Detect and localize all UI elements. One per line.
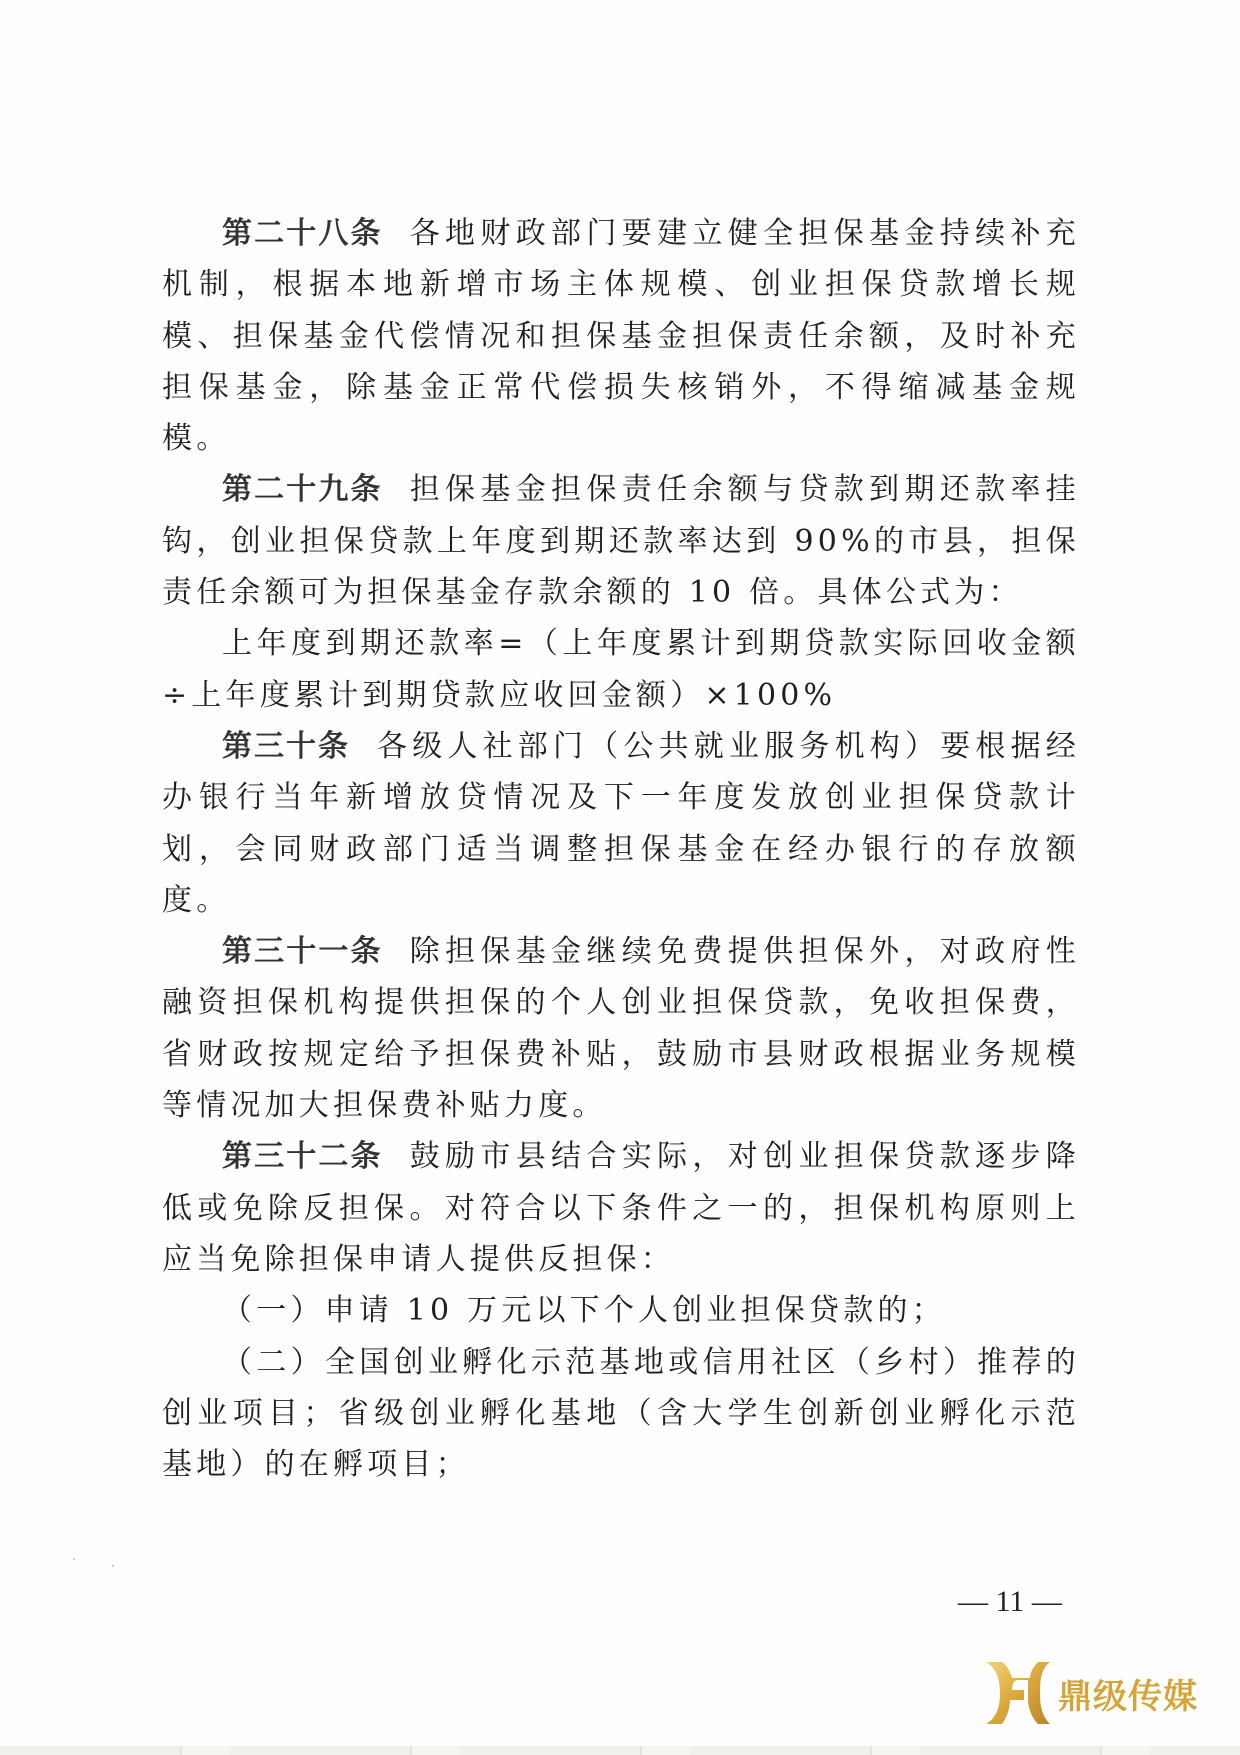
article-heading: 第二十八条 — [222, 216, 383, 251]
article-heading: 第二十九条 — [222, 472, 383, 507]
document-page: 第二十八条各地财政部门要建立健全担保基金持续补充机制，根据本地新增市场主体规模、… — [0, 0, 1240, 1755]
list-item-1: （一）申请 10 万元以下个人创业担保贷款的； — [162, 1285, 1080, 1336]
list-item-text: （二）全国创业孵化示范基地或信用社区（乡村）推荐的创业项目；省级创业孵化基地（含… — [162, 1345, 1080, 1483]
article-heading: 第三十一条 — [222, 934, 383, 969]
formula-text: 上年度到期还款率=（上年度累计到期贷款实际回收金额÷上年度累计到期贷款应收回金额… — [162, 626, 1080, 712]
list-item-2: （二）全国创业孵化示范基地或信用社区（乡村）推荐的创业项目；省级创业孵化基地（含… — [162, 1337, 1080, 1491]
watermark-logo: 鼎级传媒 — [982, 1658, 1198, 1728]
article-30: 第三十条各级人社部门（公共就业服务机构）要根据经办银行当年新增放贷情况及下一年度… — [162, 721, 1080, 926]
formula-paragraph: 上年度到期还款率=（上年度累计到期贷款实际回收金额÷上年度累计到期贷款应收回金额… — [162, 618, 1080, 721]
scan-speck — [73, 1558, 75, 1560]
document-body: 第二十八条各地财政部门要建立健全担保基金持续补充机制，根据本地新增市场主体规模、… — [162, 208, 1080, 1490]
article-heading: 第三十二条 — [222, 1139, 383, 1174]
article-32: 第三十二条鼓励市县结合实际，对创业担保贷款逐步降低或免除反担保。对符合以下条件之… — [162, 1131, 1080, 1285]
watermark-text: 鼎级传媒 — [1058, 1669, 1198, 1718]
gold-h-logo-icon — [982, 1660, 1052, 1726]
article-31: 第三十一条除担保基金继续免费提供担保外，对政府性融资担保机构提供担保的个人创业担… — [162, 926, 1080, 1131]
scan-edge — [0, 1746, 1240, 1755]
list-item-text: （一）申请 10 万元以下个人创业担保贷款的； — [222, 1293, 946, 1328]
article-28: 第二十八条各地财政部门要建立健全担保基金持续补充机制，根据本地新增市场主体规模、… — [162, 208, 1080, 464]
scan-speck — [112, 1565, 114, 1567]
article-heading: 第三十条 — [222, 729, 350, 764]
article-text: 各地财政部门要建立健全担保基金持续补充机制，根据本地新增市场主体规模、创业担保贷… — [162, 216, 1080, 456]
page-number: — 11 — — [935, 1585, 1085, 1619]
article-29: 第二十九条担保基金担保责任余额与贷款到期还款率挂钩，创业担保贷款上年度到期还款率… — [162, 464, 1080, 618]
